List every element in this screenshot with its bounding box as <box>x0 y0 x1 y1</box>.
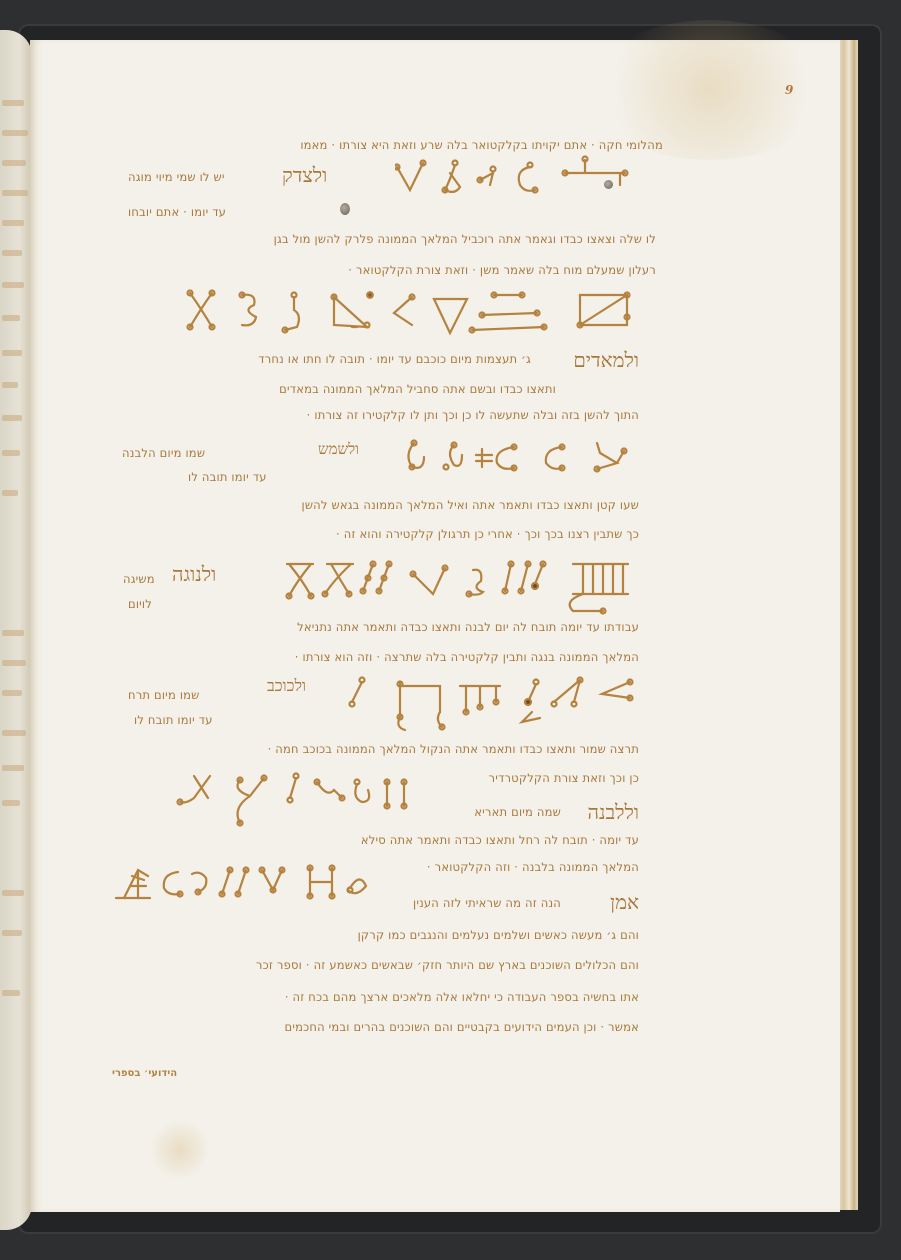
text-line: כן וכך וזאת צורת הקלקטרדיר <box>489 771 639 785</box>
sigil-row-shemesh <box>402 435 642 480</box>
heading-maadim: ולמאדים <box>573 348 639 373</box>
text-line: עד יומו · אתם יובחו <box>128 205 226 219</box>
text-line: והם ג׳ מעשה כאשים ושלמים נעלמים והנגבים … <box>358 928 639 942</box>
text-line: עד יומו תובח לו <box>134 713 213 727</box>
text-line: לו שלה וצאצו כבדו וגאמר אתה רוכביל המלאך… <box>274 232 656 246</box>
text-line: כך שתבין רצנו בכך וכך · אחרי כן תרגולן ק… <box>336 527 639 541</box>
sigil-row-noga <box>283 556 643 616</box>
text-line: שמו מיום תרח <box>128 688 200 702</box>
text-line: עד יומה · תובח לה רחל ותאצו כבדה ותאמר א… <box>361 833 639 847</box>
text-line: הנה זה מה שראיתי לזה הענין <box>413 896 561 910</box>
text-line: אתו בחשיה בספר העבודה כי יחלאו אלה מלאכי… <box>285 990 639 1004</box>
foxing-stain <box>150 1120 210 1180</box>
text-line: עד יומו תובה לו <box>188 470 267 484</box>
heading-amen: אמן <box>610 890 639 915</box>
folio-number: 9 <box>785 83 793 97</box>
text-line: יש לו שמי מיוי מוגה <box>128 170 225 184</box>
heading-shemesh: ולשמש <box>318 440 359 459</box>
heading-tzedek: ולצדק <box>282 163 327 188</box>
text-line: המלאך הממונה בלבנה · וזה הקלקטואר · <box>427 860 639 874</box>
sigil-row-kochav <box>340 672 640 734</box>
text-line: המלאך הממונה בנגה ותבין קלקטירה בלה שתרצ… <box>295 650 639 664</box>
text-line: שמו מיום הלבנה <box>122 446 205 460</box>
ink-blot <box>340 203 350 215</box>
text-line: משיגה <box>123 572 155 586</box>
facing-page-verso <box>0 30 32 1230</box>
text-line: תרצה שמור ותאצו כבדו ותאמר אתה הנקול המל… <box>268 742 639 756</box>
sigil-row-tzedek <box>395 155 635 200</box>
text-line: ותאצו כבדו ובשם אתה סחביל המלאך הממונה ב… <box>279 382 556 396</box>
sigil-row-closing <box>110 858 370 908</box>
text-line: רעלון שמעלם מוח בלה שאמר משן · וזאת צורת… <box>348 263 656 277</box>
text-line: עבודתו עד יומה תובח לה יום לבנה ותאצו כב… <box>297 620 639 634</box>
text-line: והם הכלולים השוכנים בארץ שם היותר חזק׳ ש… <box>256 958 639 972</box>
ink-blot <box>604 180 613 189</box>
heading-noga: ולנוגה <box>172 562 216 587</box>
text-line: שמה מיום תאריא <box>474 805 561 819</box>
heading-kochav: ולכוכב <box>267 676 306 696</box>
text-line: שעו קטן ותאצו כבדו ותאמר אתה ואיל המלאך … <box>302 498 640 512</box>
page-edges-stack <box>838 40 858 1210</box>
text-line: אמשר · וכן העמים הידועים בקבטיים והם השו… <box>284 1020 639 1034</box>
heading-levana: וללבנה <box>588 800 639 825</box>
text-line: מהלומי חקה · אתם יקויתו בקלקטואר בלה שרע… <box>300 138 663 152</box>
text-line: ג׳ תעצמות מיום כוכבם עד יומו · תובה לו ח… <box>258 352 531 366</box>
sigil-row-shabtai <box>182 285 642 340</box>
text-line: לויום <box>128 597 152 611</box>
sigil-row-levana <box>172 768 412 830</box>
text-line: התוך להשן בזה ובלה שתעשה לו כן וכך ותן ל… <box>307 408 639 422</box>
catchword: הידועי׳ בספרי <box>112 1068 177 1079</box>
